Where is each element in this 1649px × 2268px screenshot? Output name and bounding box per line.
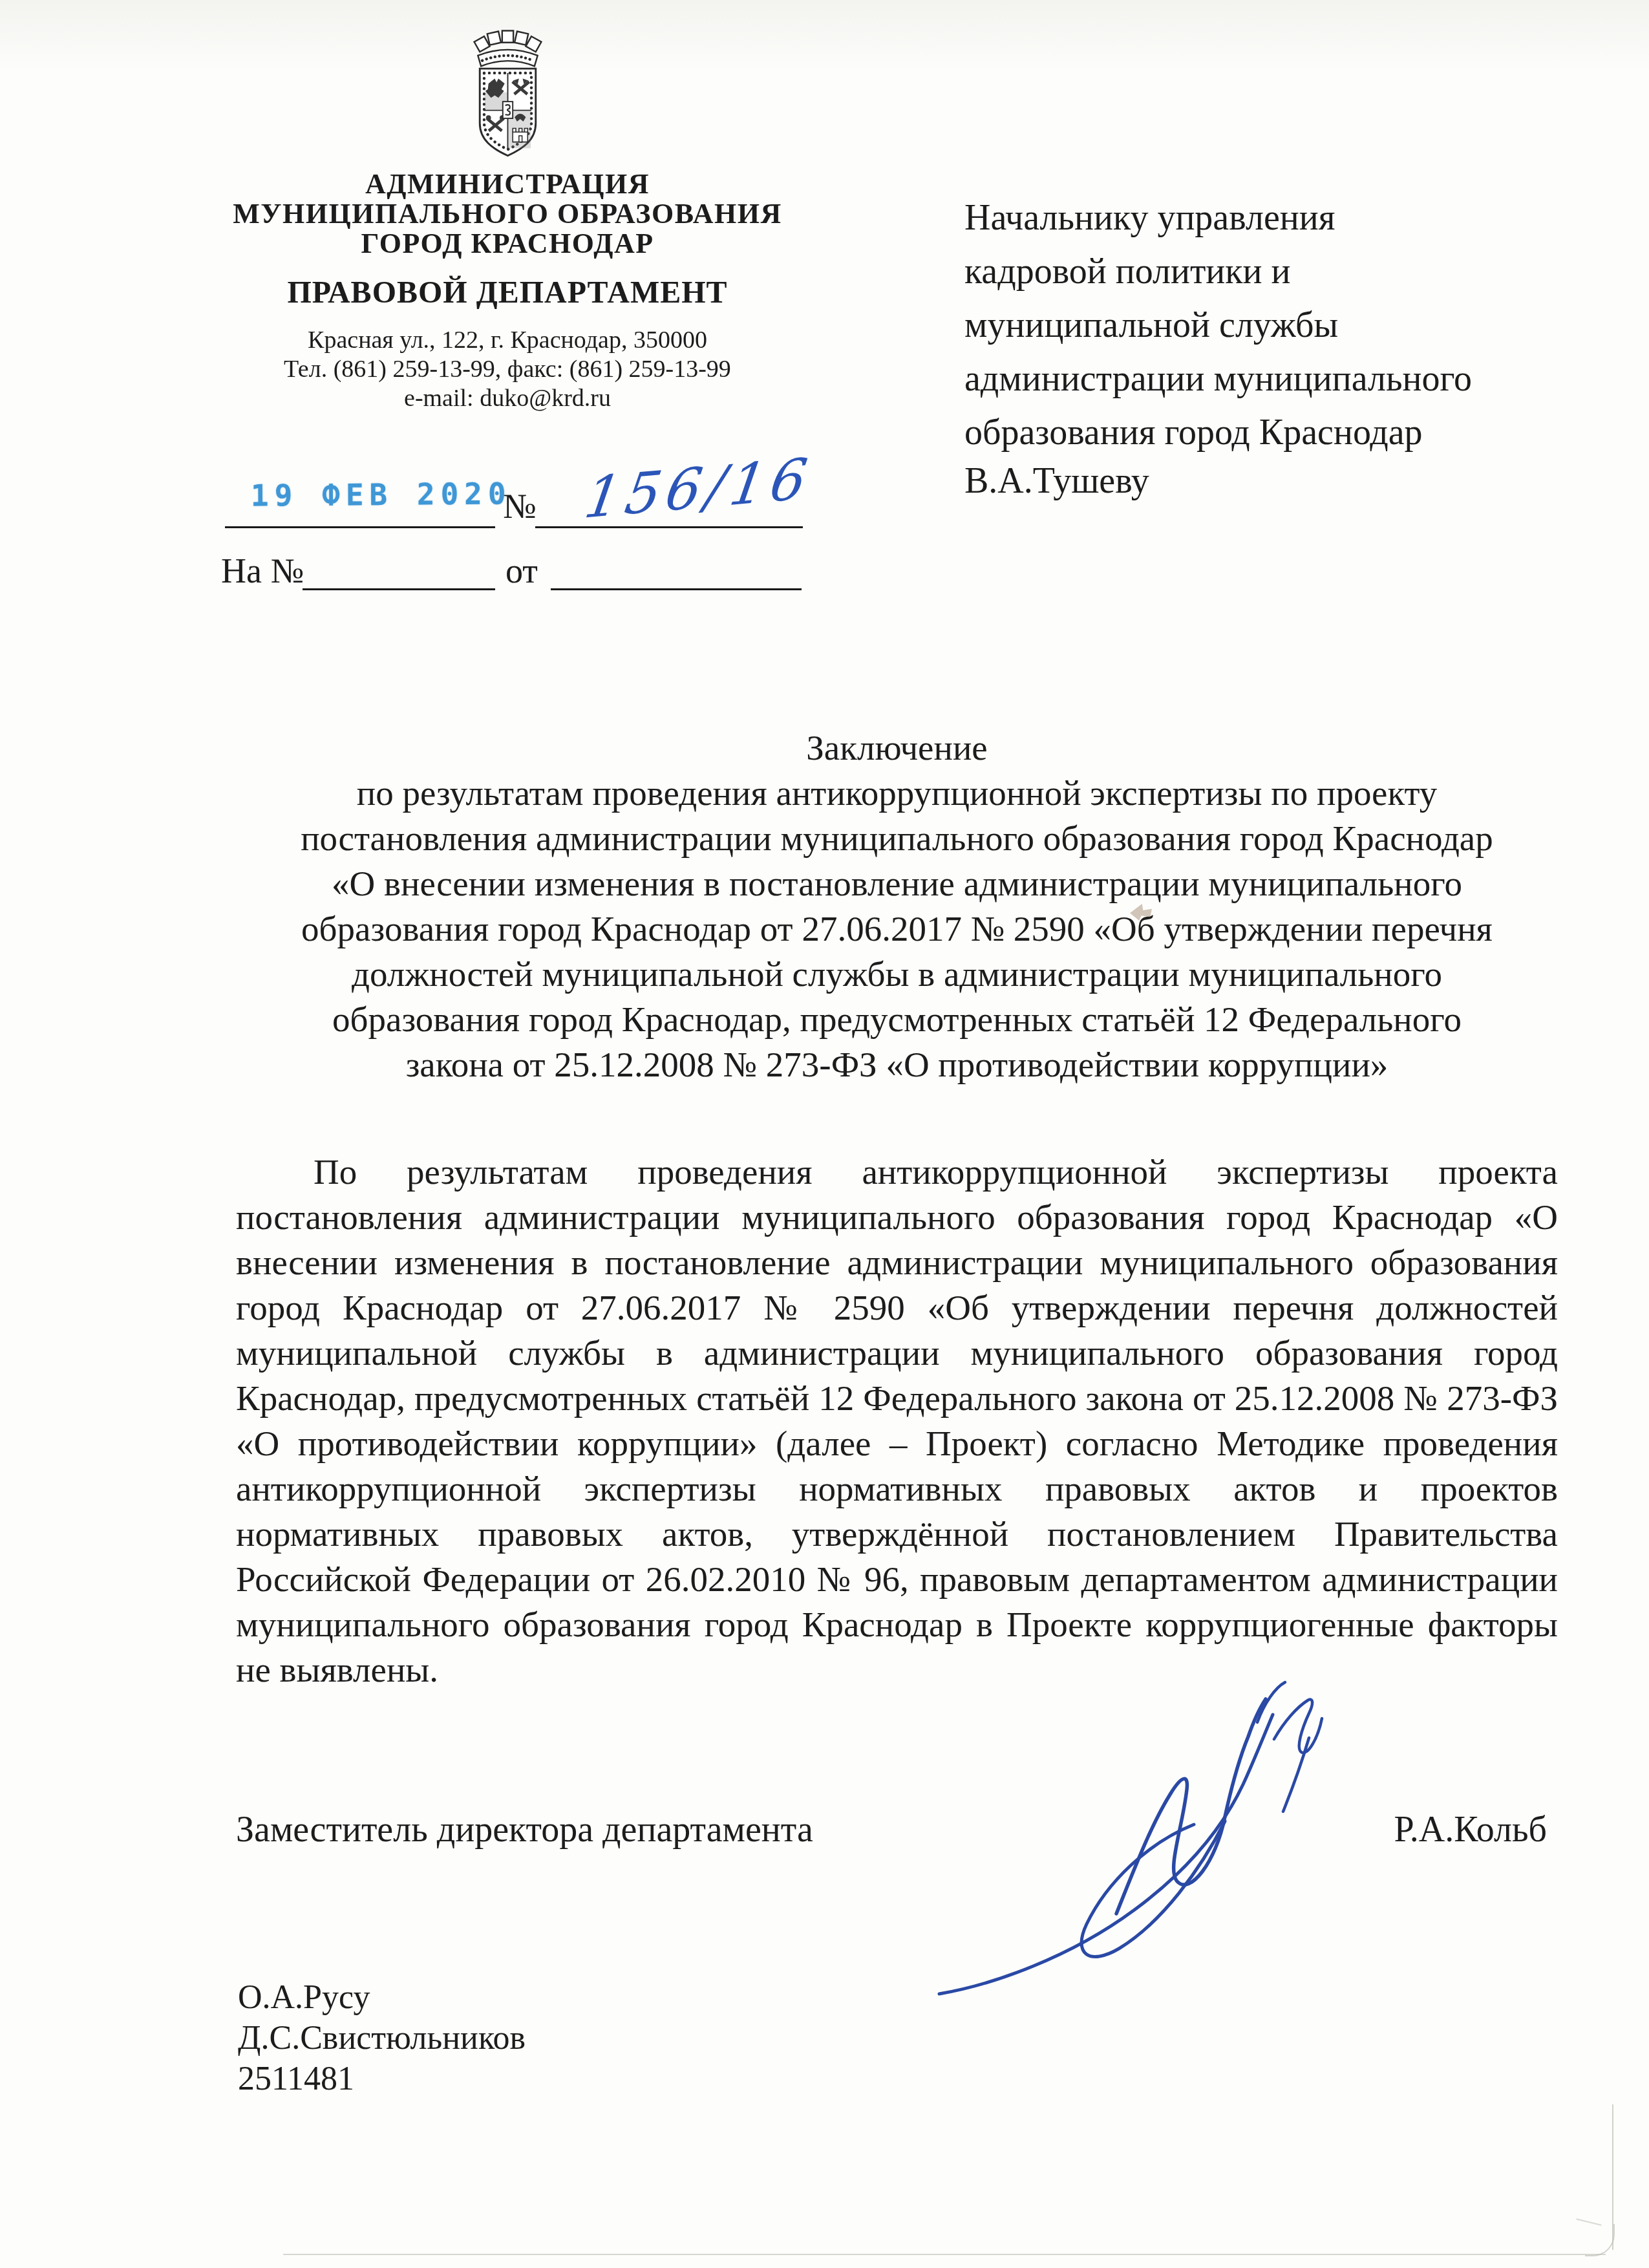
number-sign-label: № <box>503 486 537 526</box>
executors-block: О.А.Русу Д.С.Свистюльников 2511481 <box>238 1977 526 2099</box>
signer-name: Р.А.Кольб <box>1394 1809 1547 1850</box>
registration-number-handwritten: 156/16 <box>580 446 816 531</box>
document-body: По результатам проведения антикоррупцион… <box>236 1150 1558 1693</box>
address-line: Красная ул., 122, г. Краснодар, 350000 <box>152 326 863 355</box>
reply-date-label: от <box>505 551 538 591</box>
department-name: ПРАВОВОЙ ДЕПАРТАМЕНТ <box>152 277 863 309</box>
scanned-letter-page: АДМИНИСТРАЦИЯ МУНИЦИПАЛЬНОГО ОБРАЗОВАНИЯ… <box>0 0 1649 2268</box>
signature-scrawl <box>921 1676 1348 2012</box>
organization-name: АДМИНИСТРАЦИЯ МУНИЦИПАЛЬНОГО ОБРАЗОВАНИЯ… <box>152 169 863 259</box>
coat-of-arms-icon <box>467 27 548 164</box>
document-title: Заключение по результатам проведения ант… <box>236 725 1558 1087</box>
reply-date-underline <box>551 588 802 590</box>
recipient-name: В.А.Тушеву <box>964 460 1149 502</box>
signer-position: Заместитель директора департамента <box>236 1809 813 1850</box>
recipient-address: Начальнику управления кадровой политики … <box>964 191 1611 460</box>
paper-edge-bottom <box>283 2254 1606 2255</box>
executor-name-2: Д.С.Свистюльников <box>238 2018 526 2059</box>
email-line: e-mail: duko@krd.ru <box>152 384 863 413</box>
paper-edge-corner <box>1585 2224 1615 2256</box>
number-underline <box>535 526 803 528</box>
reply-number-label: На № <box>221 551 304 591</box>
date-underline <box>225 526 495 528</box>
executor-name-1: О.А.Русу <box>238 1977 526 2018</box>
contact-info: Красная ул., 122, г. Краснодар, 350000 Т… <box>152 326 863 413</box>
letterhead: АДМИНИСТРАЦИЯ МУНИЦИПАЛЬНОГО ОБРАЗОВАНИЯ… <box>152 169 863 413</box>
executor-phone: 2511481 <box>238 2059 526 2099</box>
reply-number-underline <box>303 588 495 590</box>
phone-line: Тел. (861) 259-13-99, факс: (861) 259-13… <box>152 355 863 384</box>
registration-date-stamp: 19 ФЕВ 2020 <box>251 476 512 513</box>
